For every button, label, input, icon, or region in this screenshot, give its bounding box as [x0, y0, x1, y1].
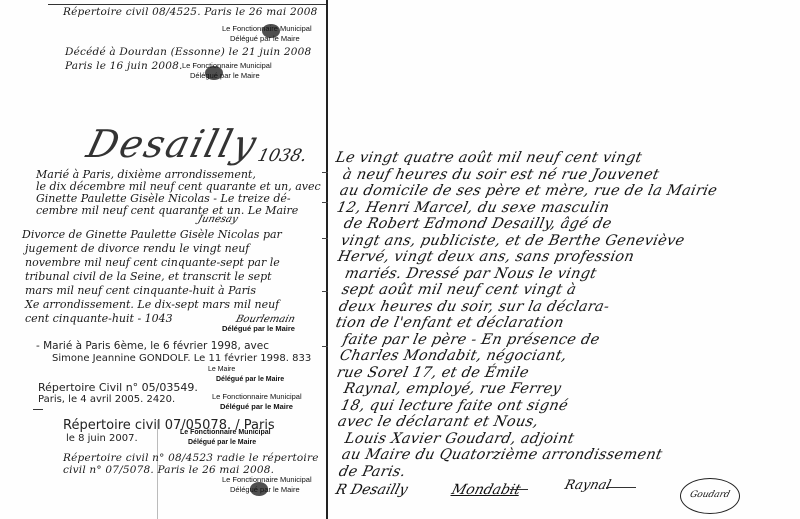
death-entry-line-1: Décédé à Dourdan (Essonne) le 21 juin 20… — [65, 46, 311, 58]
act-body-line: mariés. Dressé par Nous le vingt — [343, 266, 598, 282]
stamp-line-2: Délégué par le Maire — [212, 402, 302, 412]
stamp-line-2: Délégué par le Maire — [182, 71, 272, 81]
marriage-1-line-4: cembre mil neuf cent quarante et un. Le … — [36, 204, 298, 217]
signature-raynal: Raynal — [563, 478, 612, 493]
divorce-line-7: cent cinquante-huit - 1043 — [25, 312, 173, 325]
marriage-2-line-1: - Marié à Paris 6ème, le 6 février 1998,… — [36, 340, 269, 352]
repertoire-2005-line-2: Paris, le 4 avril 2005. 2420. — [38, 394, 175, 405]
stamp-line-1: Le Fonctionnaire Municipal — [212, 392, 302, 401]
act-body-line: tion de l'enfant et déclaration — [334, 315, 565, 331]
signature-blot — [250, 482, 268, 496]
stamp-divorce: Délégué par le Maire — [222, 324, 295, 334]
act-body-line: de Paris. — [337, 464, 407, 480]
top-rule — [48, 4, 326, 5]
act-body-line: 12, Henri Marcel, du sexe masculin — [335, 200, 611, 216]
divorce-line-3: novembre mil neuf cent cinquante-sept pa… — [25, 256, 280, 269]
act-body-line: à neuf heures du soir est né rue Jouvene… — [341, 167, 660, 183]
act-number: 1038. — [256, 146, 310, 166]
marriage-1-signature: Junesay — [197, 214, 240, 225]
act-body-line: Le vingt quatre août mil neuf cent vingt — [334, 150, 643, 166]
divorce-line-5: mars mil neuf cent cinquante-huit à Pari… — [25, 284, 256, 297]
act-body-line: sept août mil neuf cent vingt à — [340, 282, 577, 298]
act-body-line: de Robert Edmond Desailly, âgé de — [342, 216, 613, 232]
signature-mondabit: Mondabit — [450, 482, 522, 498]
signature-desailly: R Desailly — [334, 482, 410, 498]
death-entry-line-2: Paris le 16 juin 2008. — [65, 60, 183, 72]
margin-dash — [33, 409, 43, 410]
stamp-line-2: Délégué par le Maire — [208, 375, 284, 385]
margin-tick — [322, 238, 328, 239]
stamp-death: Le Fonctionnaire Municipal Délégué par l… — [182, 61, 272, 81]
stamp-line-1: Le Fonctionnaire Municipal — [182, 61, 272, 70]
stamp-2007: Le Fonctionnaire Municipal Délégué par l… — [180, 428, 271, 448]
signature-blot — [205, 66, 223, 80]
signature-blot — [262, 24, 280, 38]
act-body-line: deux heures du soir, sur la déclara- — [337, 299, 611, 315]
repertoire-header-line: Répertoire civil 08/4525. Paris le 26 ma… — [63, 6, 317, 18]
margin-tick — [322, 172, 328, 173]
act-body-line: rue Sorel 17, et de Émile — [335, 365, 530, 381]
divorce-line-6: Xe arrondissement. Le dix-sept mars mil … — [25, 298, 279, 311]
signature-flourish — [510, 489, 528, 490]
act-body-line: faite par le père - En présence de — [341, 332, 601, 348]
act-body-line: Charles Mondabit, négociant, — [338, 348, 568, 364]
marriage-2-line-2: Simone Jeannine GONDOLF. Le 11 février 1… — [52, 353, 311, 364]
repertoire-2005-line-1: Répertoire Civil n° 05/03549. — [38, 381, 198, 394]
act-body-line: avec le déclarant et Nous, — [336, 414, 540, 430]
act-body-line: vingt ans, publiciste, et de Berthe Gene… — [339, 233, 686, 249]
stamp-line-1: Le Fonctionnaire Municipal — [180, 429, 271, 436]
stamp-line-2: Délégué par le Maire — [180, 438, 271, 448]
act-body-line: Louis Xavier Goudard, adjoint — [343, 431, 575, 447]
signature-goudard: Goudard — [689, 490, 731, 500]
margin-tick — [322, 291, 328, 292]
repertoire-2008-line-1: Répertoire civil n° 08/4523 radie le rép… — [63, 452, 319, 464]
divorce-line-4: tribunal civil de la Seine, et transcrit… — [25, 270, 272, 283]
act-body-line: Raynal, employé, rue Ferrey — [342, 381, 562, 397]
repertoire-2007-line-2: le 8 juin 2007. — [66, 433, 138, 444]
stamp-2005: Le Fonctionnaire Municipal Délégué par l… — [212, 392, 302, 412]
act-body-line: au domicile de ses père et mère, rue de … — [338, 183, 718, 199]
stamp-line-1: Le Maire — [208, 366, 235, 373]
margin-divider-line — [326, 0, 328, 519]
surname-heading: Desailly — [83, 122, 263, 166]
act-body-line: au Maire du Quatorzième arrondissement — [340, 447, 663, 463]
signature-flourish — [606, 487, 636, 488]
stamp-marriage-2: Le Maire Délégué par le Maire — [208, 365, 284, 385]
margin-tick — [322, 202, 328, 203]
scanned-document-page: Répertoire civil 08/4525. Paris le 26 ma… — [0, 0, 800, 519]
divorce-line-1: Divorce de Ginette Paulette Gisèle Nicol… — [22, 228, 282, 241]
stamp-line-1: Le Fonctionnaire Municipal — [222, 475, 312, 484]
act-body-line: Hervé, vingt deux ans, sans profession — [336, 249, 635, 265]
margin-tick — [322, 346, 328, 347]
divorce-line-2: jugement de divorce rendu le vingt neuf — [25, 242, 249, 255]
act-body-line: 18, qui lecture faite ont signé — [339, 398, 569, 414]
